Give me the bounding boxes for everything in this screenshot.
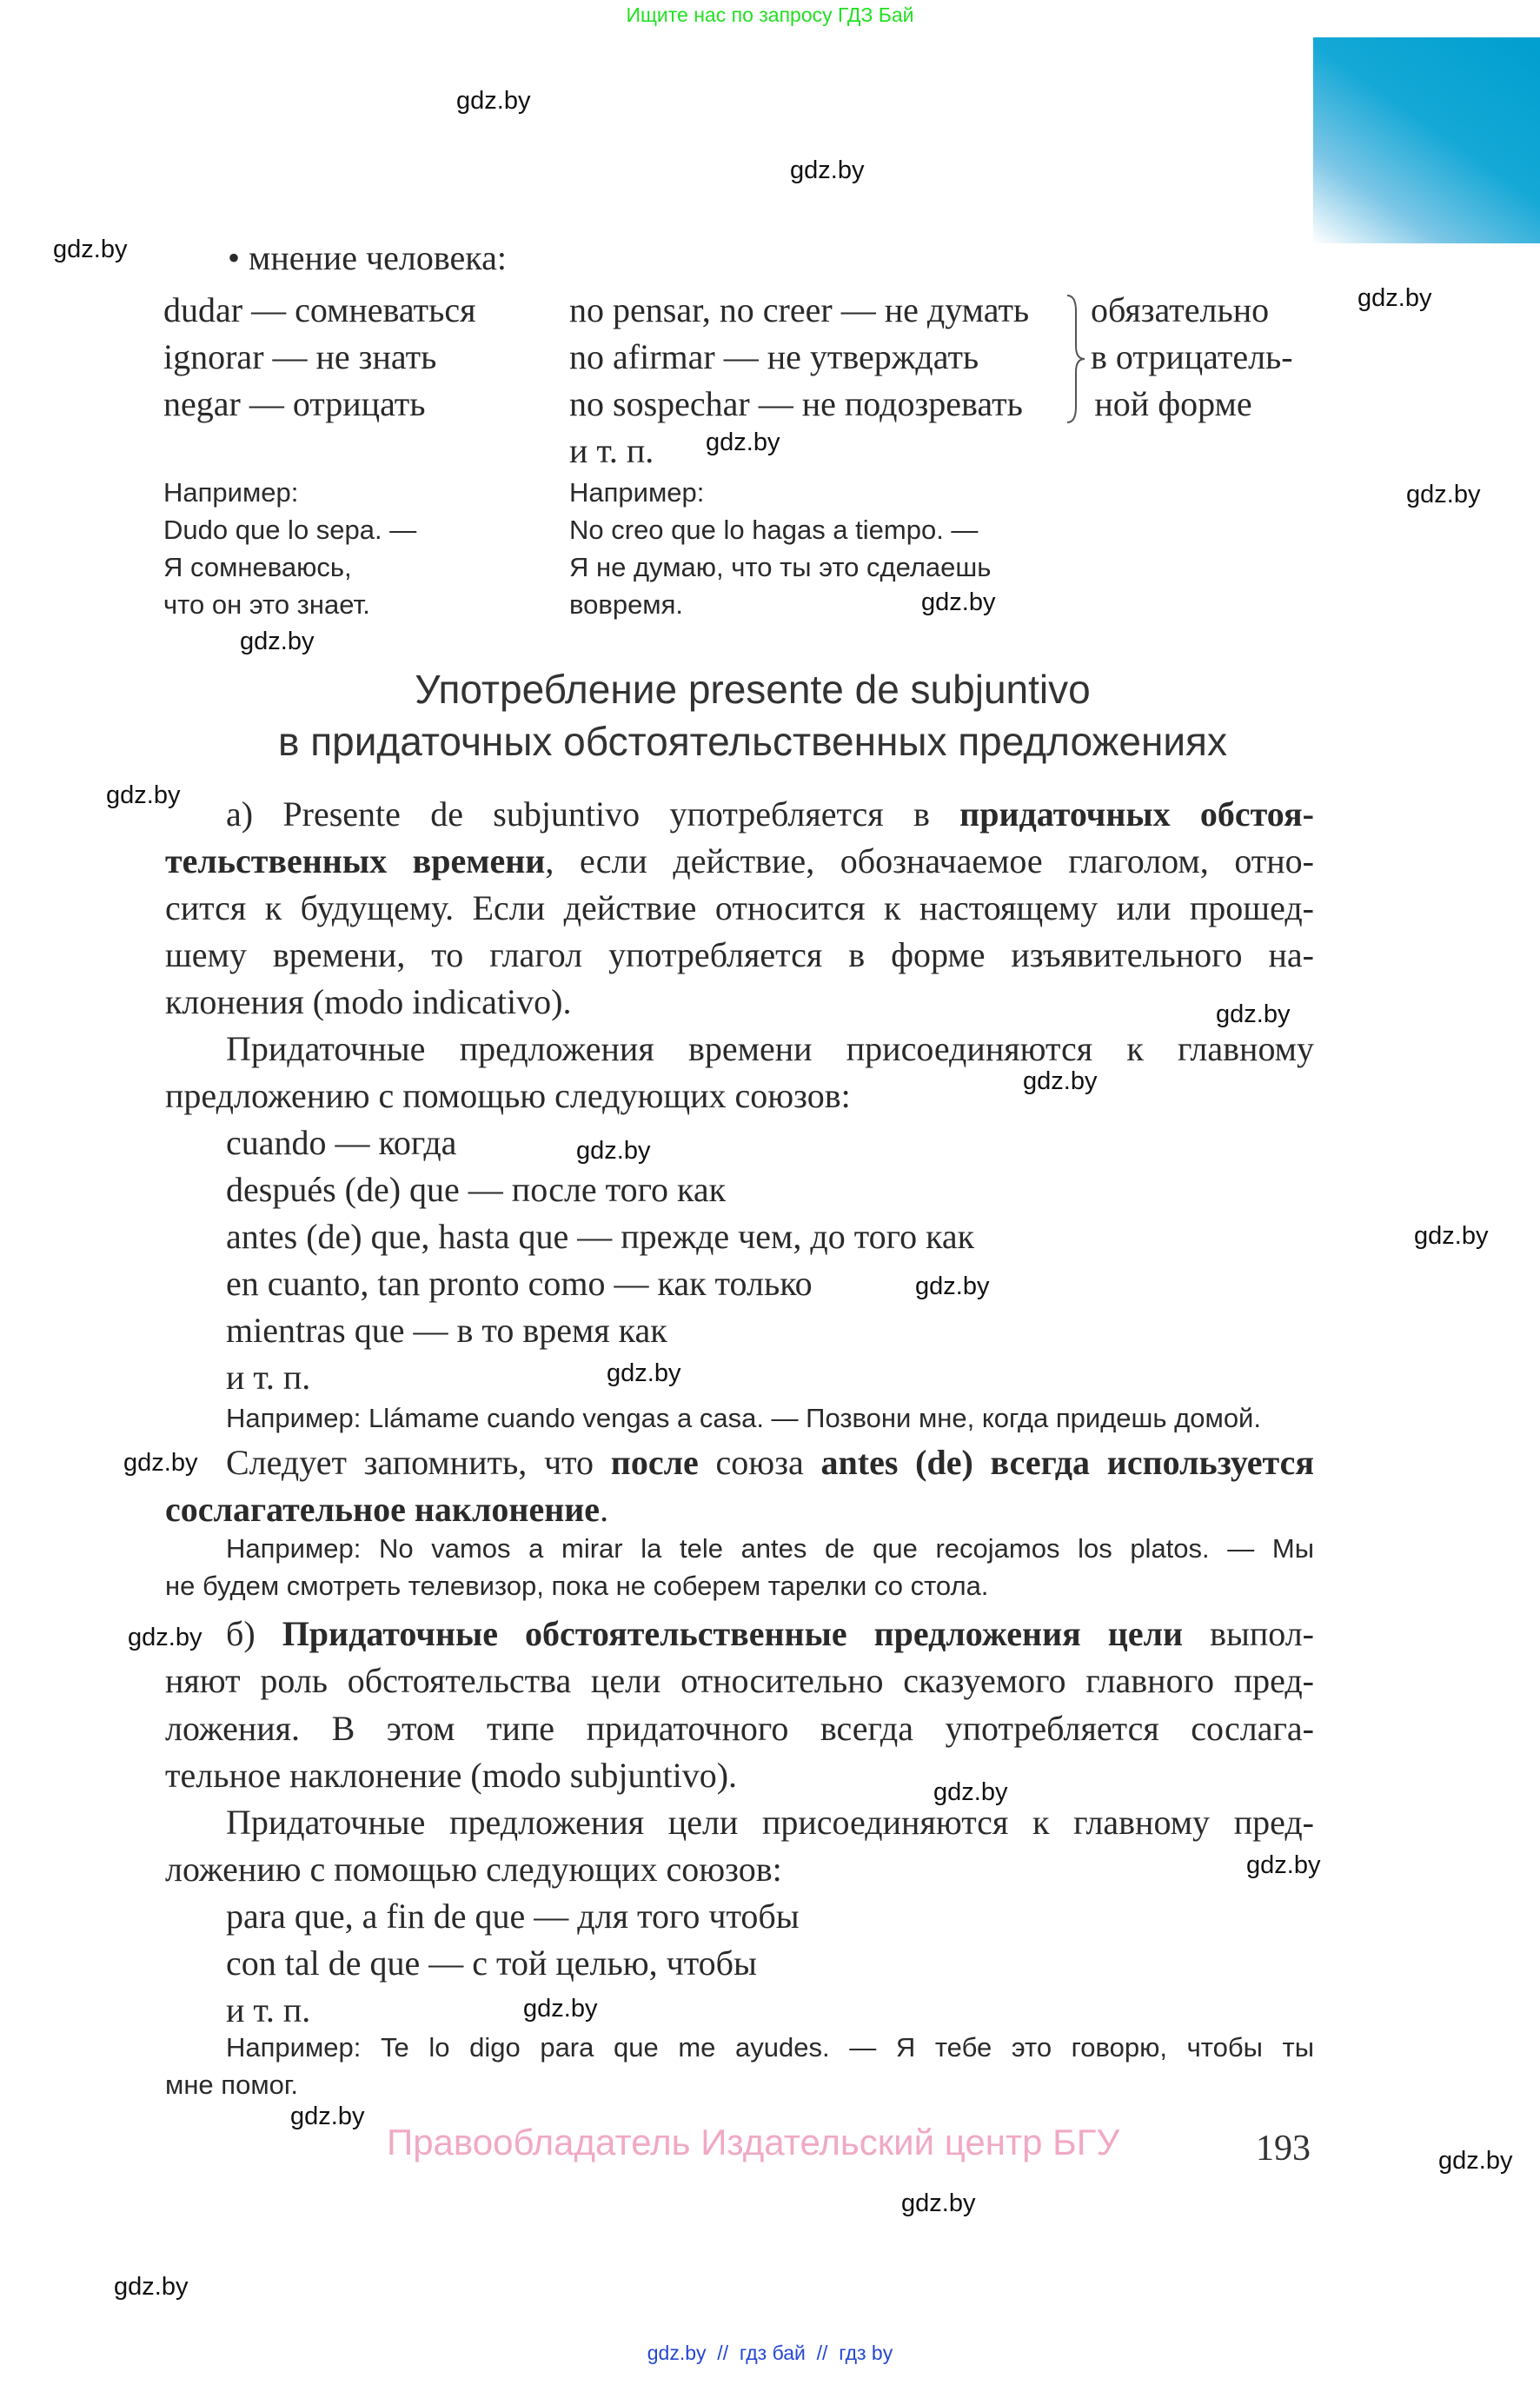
conjunction-item: mientras que — в то время как <box>226 1307 974 1354</box>
verb-item: и т. п. <box>569 428 1029 475</box>
section-a-line1: а) Presente de subjuntivo употребляется … <box>226 791 1314 838</box>
verb-item: negar — отрицать <box>163 381 476 428</box>
text: б) <box>226 1614 282 1653</box>
bold-term: после <box>611 1443 699 1482</box>
section-b-para2-line1: Придаточные предложения цели присоединяю… <box>226 1799 1314 1846</box>
watermark: gdz.by <box>1438 2147 1512 2176</box>
example-line: Я сомневаюсь, <box>163 548 416 586</box>
watermark: gdz.by <box>1357 284 1431 313</box>
conjunction-item: para que, a fin de que — для того чтобы <box>226 1893 800 1940</box>
section-b-line4: тельное наклонение (modo subjuntivo). <box>165 1752 737 1799</box>
section-a-example2-line1: Например: No vamos a mirar la tele antes… <box>226 1533 1314 1565</box>
time-conjunctions-list: cuando — когда después (de) que — после … <box>226 1119 974 1401</box>
bold-term: тельственных времени <box>165 841 545 880</box>
top-search-banner[interactable]: Ищите нас по запросу ГДЗ Бай <box>0 3 1540 27</box>
watermark: gdz.by <box>128 1624 202 1652</box>
watermark: gdz.by <box>901 2189 975 2218</box>
right-brace-icon <box>1065 294 1086 424</box>
section-a-para2-line1: Придаточные предложения времени присоеди… <box>226 1026 1314 1073</box>
section-b-line2: няют роль обстоятельства цели относитель… <box>165 1658 1314 1704</box>
conjunction-item: con tal de que — с той целью, чтобы <box>226 1940 800 1987</box>
brace-note: обязательно в отрицатель- ной форме <box>1091 287 1256 428</box>
verb-item: ignorar — не знать <box>163 334 476 381</box>
verb-item: no afirmar — не утверждать <box>569 334 1029 381</box>
text: выпол- <box>1183 1614 1314 1653</box>
text: . <box>600 1490 608 1529</box>
copyright-holder: Правообладатель Издательский центр БГУ <box>387 2122 1119 2163</box>
example-line: Я не думаю, что ты это сделаешь <box>569 548 991 586</box>
section-a-line2: тельственных времени, если действие, обо… <box>165 838 1314 885</box>
antes-note-line1: Следует запомнить, что после союза antes… <box>226 1439 1314 1486</box>
antes-note-line2: сослагательное наклонение. <box>165 1486 608 1533</box>
text: союза <box>699 1443 821 1482</box>
section-a-para2-line2: предложению с помощью следующих союзов: <box>165 1073 851 1119</box>
text: Следует запомнить, что <box>226 1443 611 1482</box>
section-a-example: Например: Llámame cuando vengas a casa. … <box>226 1403 1261 1434</box>
opinion-right-verbs: no pensar, no creer — не думать no afirm… <box>569 287 1029 475</box>
bold-term: antes (de) всегда используется <box>821 1443 1315 1482</box>
verb-item: no sospechar — не подозревать <box>569 381 1029 428</box>
watermark: gdz.by <box>240 628 314 656</box>
example-line: вовремя. <box>569 586 991 623</box>
brace-note-line: в отрицатель- <box>1091 334 1256 381</box>
example-line: что он это знает. <box>163 586 416 623</box>
section-b-example-line1: Например: Te lo digo para que me ayudes.… <box>226 2032 1314 2063</box>
opinion-left-example: Например: Dudo que lo sepa. — Я сомневаю… <box>163 474 416 623</box>
section-heading-line1: Употребление presente de subjuntivo <box>0 666 1523 713</box>
example-line: No creo que lo hagas a tiempo. — <box>569 511 991 548</box>
section-heading-line2: в придаточных обстоятельственных предлож… <box>0 718 1523 765</box>
bold-term: придаточных обстоя- <box>959 794 1314 834</box>
opinion-bullet-title: • мнение человека: <box>228 235 507 282</box>
section-a-line3: сится к будущему. Если действие относитс… <box>165 885 1314 932</box>
watermark: gdz.by <box>114 2273 188 2302</box>
example-line: Например: <box>569 474 991 511</box>
text: а) Presente de subjuntivo употребляется … <box>226 794 959 834</box>
bottom-links[interactable]: gdz.by // гдз бай // гдз by <box>0 2342 1540 2365</box>
section-a-example2-line2: не будем смотреть телевизор, пока не соб… <box>165 1571 988 1602</box>
section-b-line1: б) Придаточные обстоятельственные предло… <box>226 1611 1314 1658</box>
section-b-line3: ложения. В этом типе придаточного всегда… <box>165 1705 1314 1752</box>
opinion-left-verbs: dudar — сомневаться ignorar — не знать n… <box>163 287 476 428</box>
bold-term: Придаточные обстоятельственные предложен… <box>282 1614 1183 1653</box>
section-b-para2-line2: ложению с помощью следующих союзов: <box>165 1846 782 1893</box>
verb-item: dudar — сомневаться <box>163 287 476 334</box>
example-line: Dudo que lo sepa. — <box>163 511 416 548</box>
conjunction-item: en cuanto, tan pronto como — как только <box>226 1260 974 1307</box>
blue-corner-decoration <box>1313 37 1540 243</box>
conjunction-item: и т. п. <box>226 1354 974 1401</box>
watermark: gdz.by <box>1414 1222 1488 1251</box>
watermark: gdz.by <box>53 236 127 264</box>
conjunction-item: antes (de) que, hasta que — прежде чем, … <box>226 1213 974 1260</box>
brace-note-line: ной форме <box>1091 381 1256 428</box>
purpose-conjunctions-list: para que, a fin de que — для того чтобы … <box>226 1893 800 2034</box>
watermark: gdz.by <box>1406 481 1480 509</box>
watermark: gdz.by <box>106 781 180 810</box>
conjunction-item: después (de) que — после того как <box>226 1166 974 1213</box>
example-line: Например: <box>163 474 416 511</box>
watermark: gdz.by <box>790 156 864 185</box>
section-a-line5: клонения (modo indicativo). <box>165 979 571 1026</box>
brace-note-line: обязательно <box>1091 287 1256 334</box>
opinion-right-example: Например: No creo que lo hagas a tiempo.… <box>569 474 991 623</box>
page-number: 193 <box>1256 2128 1311 2169</box>
verb-item: no pensar, no creer — не думать <box>569 287 1029 334</box>
conjunction-item: cuando — когда <box>226 1119 974 1166</box>
section-b-example-line2: мне помог. <box>165 2069 298 2101</box>
watermark: gdz.by <box>456 87 530 116</box>
watermark: gdz.by <box>290 2103 364 2131</box>
watermark: gdz.by <box>1246 1851 1320 1880</box>
bold-term: сослагательное наклонение <box>165 1490 600 1529</box>
conjunction-item: и т. п. <box>226 1987 800 2034</box>
textbook-page: Ищите нас по запросу ГДЗ Бай gdz.bygdz.b… <box>0 0 1540 2385</box>
text: , если действие, обозначаемое глаголом, … <box>545 841 1314 880</box>
watermark: gdz.by <box>123 1449 197 1478</box>
section-a-line4: шему времени, то глагол употребляется в … <box>165 932 1314 979</box>
